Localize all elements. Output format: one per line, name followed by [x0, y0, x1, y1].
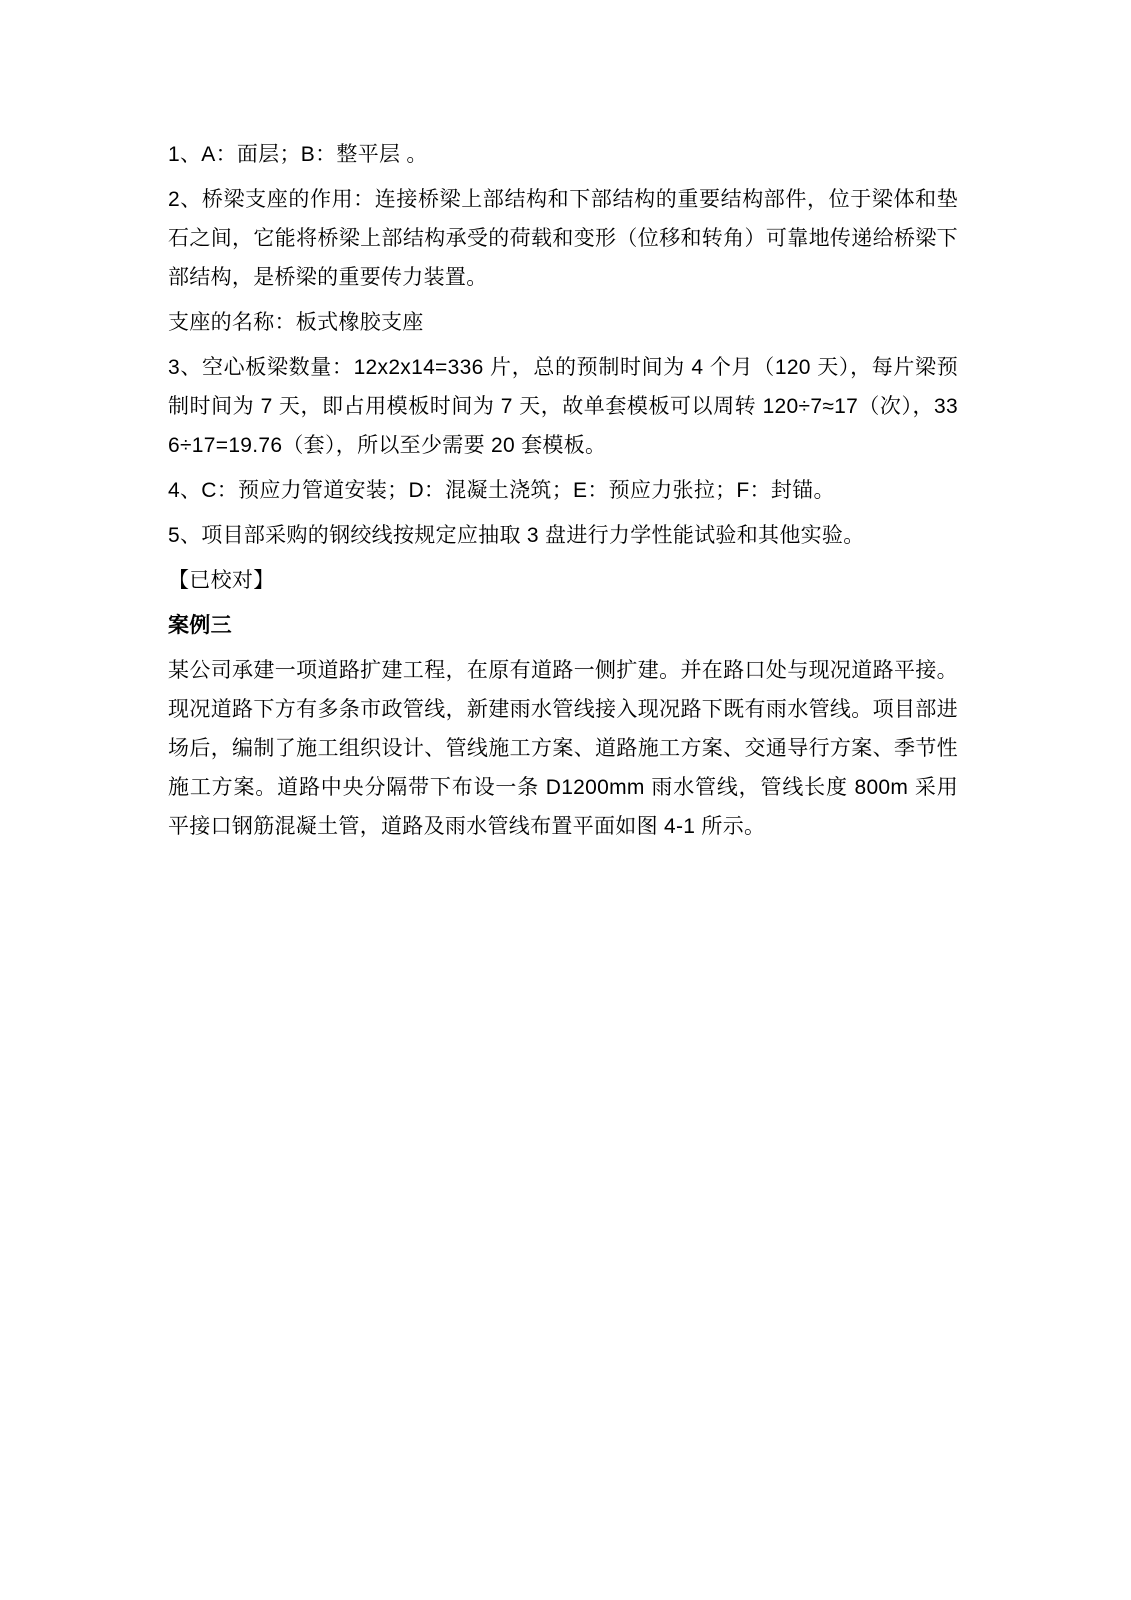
answer-item-2: 2、桥梁支座的作用：连接桥梁上部结构和下部结构的重要结构部件，位于梁体和垫石之间… — [168, 180, 958, 297]
answer-item-5: 5、项目部采购的钢绞线按规定应抽取 3 盘进行力学性能试验和其他实验。 — [168, 516, 958, 555]
case-three-heading: 案例三 — [168, 606, 958, 645]
proofread-tag: 【已校对】 — [168, 561, 958, 600]
document-page: 1、A：面层；B：整平层 。 2、桥梁支座的作用：连接桥梁上部结构和下部结构的重… — [0, 0, 1131, 1600]
bearing-name-line: 支座的名称：板式橡胶支座 — [168, 303, 958, 342]
case-three-paragraph: 某公司承建一项道路扩建工程，在原有道路一侧扩建。并在路口处与现况道路平接。现况道… — [168, 651, 958, 846]
answer-item-4: 4、C：预应力管道安装；D：混凝土浇筑；E：预应力张拉；F：封锚。 — [168, 471, 958, 510]
answer-item-3: 3、空心板梁数量：12x2x14=336 片，总的预制时间为 4 个月（120 … — [168, 348, 958, 465]
document-body: 1、A：面层；B：整平层 。 2、桥梁支座的作用：连接桥梁上部结构和下部结构的重… — [168, 135, 958, 846]
answer-item-1: 1、A：面层；B：整平层 。 — [168, 135, 958, 174]
